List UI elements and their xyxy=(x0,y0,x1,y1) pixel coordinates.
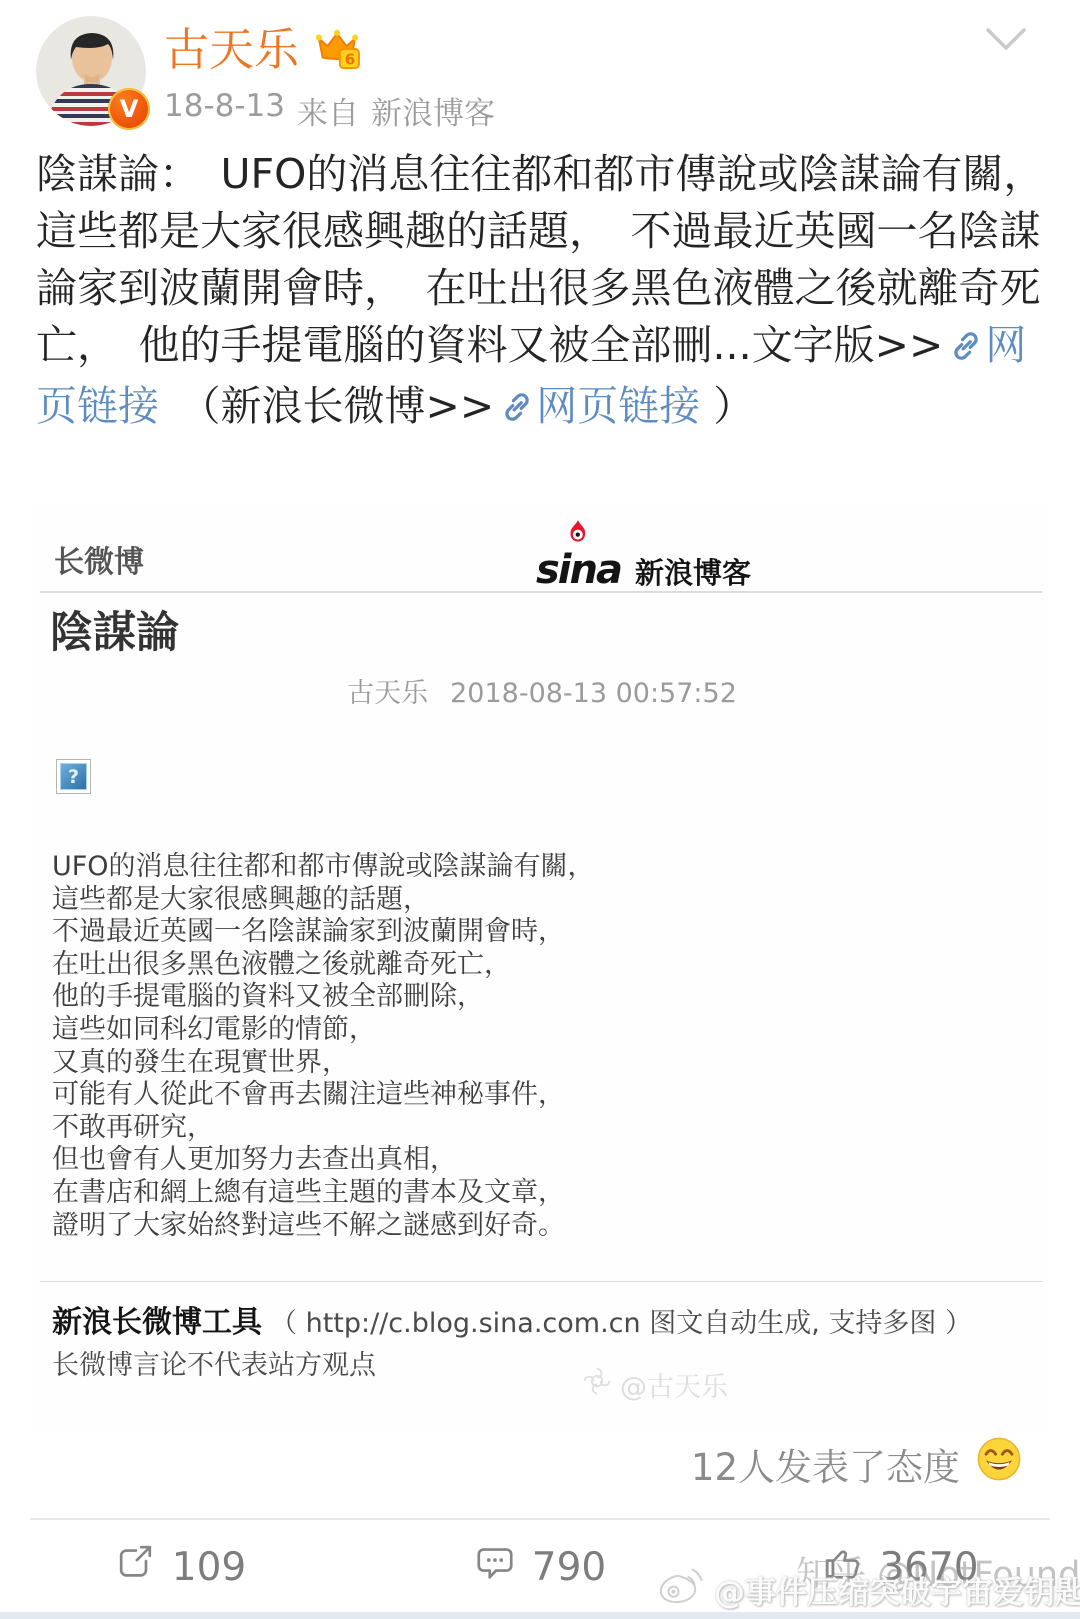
action-bar-divider xyxy=(30,1518,1050,1520)
longweibo-header-label: 长微博 xyxy=(54,537,144,581)
longweibo-disclaimer: 长微博言论不代表站方观点 xyxy=(52,1343,376,1382)
uploader-watermark-text: @事件压缩突破宇宙爱钥匙 xyxy=(714,1567,1080,1612)
longweibo-tool-name: 新浪长微博工具 xyxy=(52,1305,262,1340)
source-link[interactable]: 新浪博客 xyxy=(371,88,495,133)
longweibo-image[interactable]: 长微博 sina 新浪博客 陰謀論 古天乐2018-08-13 00:57:52… xyxy=(36,503,1048,1433)
stamp-icon xyxy=(582,1366,612,1403)
blog-line: 他的手提電腦的資料又被全部刪除， xyxy=(52,981,595,1014)
sina-blog-label: 新浪博客 xyxy=(635,551,751,592)
blog-line: 在吐出很多黑色液體之後就離奇死亡， xyxy=(52,949,595,982)
post-text-part2: （新浪长微博>> xyxy=(159,382,494,430)
verified-badge-icon: V xyxy=(108,88,150,130)
next-section-edge xyxy=(0,1612,1080,1619)
post-text-part1: 陰謀論： UFO的消息往往都和都市傳說或陰謀論有關， 這些都是大家很感興趣的話題… xyxy=(36,150,1065,369)
blog-author: 古天乐 xyxy=(347,678,428,709)
reaction-summary[interactable]: 12人发表了态度 xyxy=(691,1436,1022,1491)
blog-line: 證明了大家始終對這些不解之謎感到好奇。 xyxy=(52,1210,595,1243)
embed-footer-divider xyxy=(40,1281,1042,1282)
blog-line: 不過最近英國一名陰謀論家到波蘭開會時， xyxy=(52,916,595,949)
comment-count: 790 xyxy=(532,1545,606,1590)
avatar[interactable]: V xyxy=(36,16,146,126)
longweibo-tool-desc: （ http://c.blog.sina.com.cn 图文自动生成, 支持多图… xyxy=(270,1308,972,1339)
embed-header-divider xyxy=(40,591,1042,593)
web-link-2-label: 网页链接 xyxy=(536,382,700,430)
post-date: 18-8-13 xyxy=(164,88,285,133)
web-link-2[interactable]: 网页链接 xyxy=(494,382,700,430)
vip-crown-icon: 6 xyxy=(313,28,361,74)
blog-line: 又真的發生在現實世界， xyxy=(52,1047,595,1080)
chevron-down-icon[interactable] xyxy=(984,24,1028,60)
weibo-logo-icon xyxy=(656,1562,706,1616)
blog-line: 這些都是大家很感興趣的話題， xyxy=(52,884,595,917)
broken-image-icon: ? xyxy=(56,759,91,794)
link-icon xyxy=(500,382,534,439)
author-name[interactable]: 古天乐 xyxy=(164,27,299,72)
blog-byline: 古天乐2018-08-13 00:57:52 xyxy=(36,671,1048,710)
longweibo-tool-line: 新浪长微博工具（ http://c.blog.sina.com.cn 图文自动生… xyxy=(52,1297,972,1341)
blog-line: 不敢再研究， xyxy=(52,1112,595,1145)
sina-flame-icon xyxy=(566,519,590,551)
blog-line: 在書店和網上總有這些主題的書本及文章， xyxy=(52,1177,595,1210)
blog-body: UFO的消息往往都和都市傳說或陰謀論有關， 這些都是大家很感興趣的話題， 不過最… xyxy=(52,851,595,1242)
source-prefix: 来自 xyxy=(297,88,359,133)
sina-logo: sina 新浪博客 xyxy=(536,547,751,593)
vip-level: 6 xyxy=(345,50,356,68)
blog-timestamp: 2018-08-13 00:57:52 xyxy=(450,678,737,709)
embed-author-watermark: @古天乐 xyxy=(582,1365,728,1404)
repost-button[interactable]: 109 xyxy=(0,1522,360,1612)
sina-wordmark: sina xyxy=(536,547,621,593)
reaction-summary-text: 12人发表了态度 xyxy=(691,1437,960,1491)
uploader-watermark: @事件压缩突破宇宙爱钥匙 xyxy=(656,1562,1080,1616)
blog-line: 但也會有人更加努力去查出真相， xyxy=(52,1144,595,1177)
post-text: 陰謀論： UFO的消息往往都和都市傳說或陰謀論有關， 這些都是大家很感興趣的話題… xyxy=(36,146,1048,439)
blog-title: 陰謀論 xyxy=(50,599,179,660)
link-icon xyxy=(949,321,983,378)
post-text-part3: ） xyxy=(700,382,754,430)
embed-watermark-text: @古天乐 xyxy=(620,1365,728,1404)
weibo-post-page: V 古天乐 6 18-8-13 来自 新浪博客 陰謀論： UFO的消息往往都和都… xyxy=(0,0,1080,1619)
blog-line: 這些如同科幻電影的情節， xyxy=(52,1014,595,1047)
repost-icon xyxy=(114,1541,156,1593)
post-meta: 18-8-13 来自 新浪博客 xyxy=(164,88,495,133)
comment-icon xyxy=(474,1541,516,1593)
laughing-emoji xyxy=(976,1436,1022,1491)
blog-line: UFO的消息往往都和都市傳說或陰謀論有關， xyxy=(52,851,595,884)
blog-line: 可能有人從此不會再去關注這些神秘事件， xyxy=(52,1079,595,1112)
repost-count: 109 xyxy=(172,1545,246,1590)
